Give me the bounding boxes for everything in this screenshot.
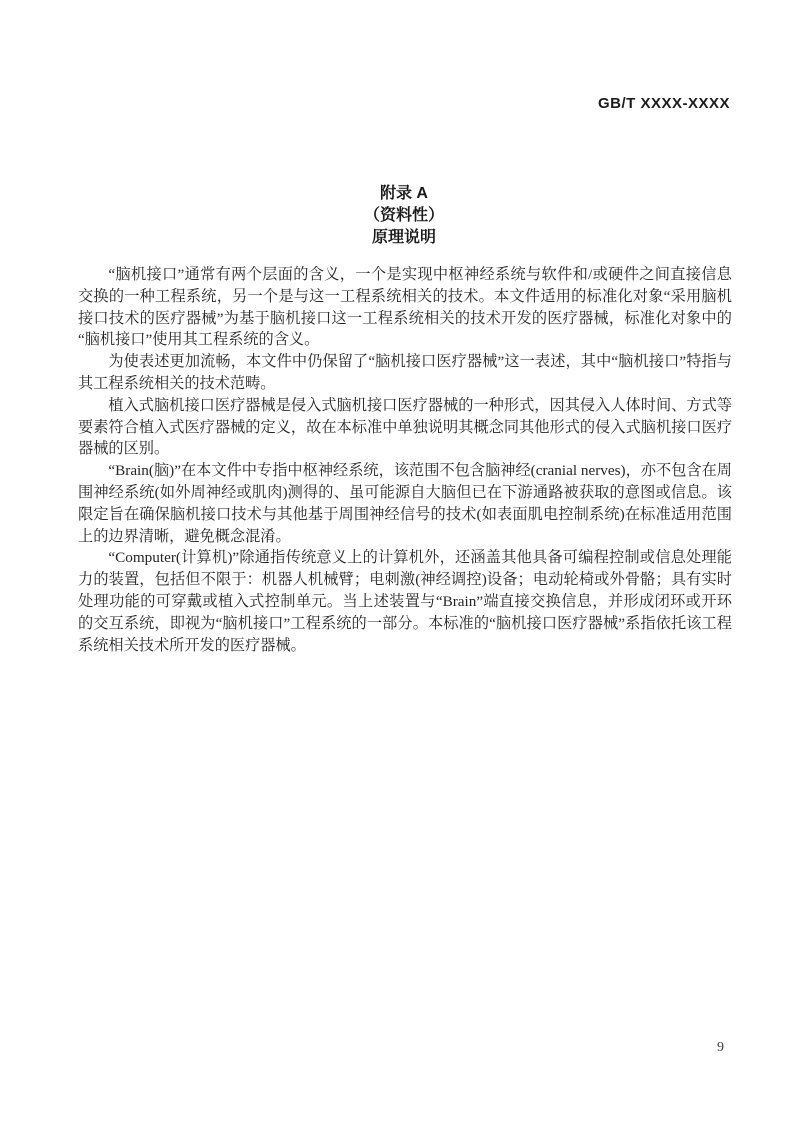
appendix-title-block: 附录 A （资料性） 原理说明 bbox=[78, 183, 730, 249]
paragraph-2: 为使表述更加流畅，本文件中仍保留了“脑机接口医疗器械”这一表述，其中“脑机接口”… bbox=[78, 351, 732, 395]
paragraph-3: 植入式脑机接口医疗器械是侵入式脑机接口医疗器械的一种形式，因其侵入人体时间、方式… bbox=[78, 395, 732, 460]
appendix-name: 原理说明 bbox=[78, 227, 730, 249]
paragraph-5: “Computer(计算机)”除通指传统意义上的计算机外，还涵盖其他具备可编程控… bbox=[78, 547, 732, 656]
paragraph-1: “脑机接口”通常有两个层面的含义，一个是实现中枢神经系统与软件和/或硬件之间直接… bbox=[78, 264, 732, 351]
standard-number-header: GB/T XXXX-XXXX bbox=[78, 95, 730, 112]
document-page: GB/T XXXX-XXXX 附录 A （资料性） 原理说明 “脑机接口”通常有… bbox=[0, 0, 800, 1131]
paragraph-4: “Brain(脑)”在本文件中专指中枢神经系统，该范围不包含脑神经(crania… bbox=[78, 460, 732, 547]
appendix-label: 附录 A bbox=[78, 183, 730, 205]
page-number: 9 bbox=[78, 1040, 724, 1056]
appendix-type-label: （资料性） bbox=[78, 205, 730, 227]
body-text: “脑机接口”通常有两个层面的含义，一个是实现中枢神经系统与软件和/或硬件之间直接… bbox=[78, 264, 732, 656]
